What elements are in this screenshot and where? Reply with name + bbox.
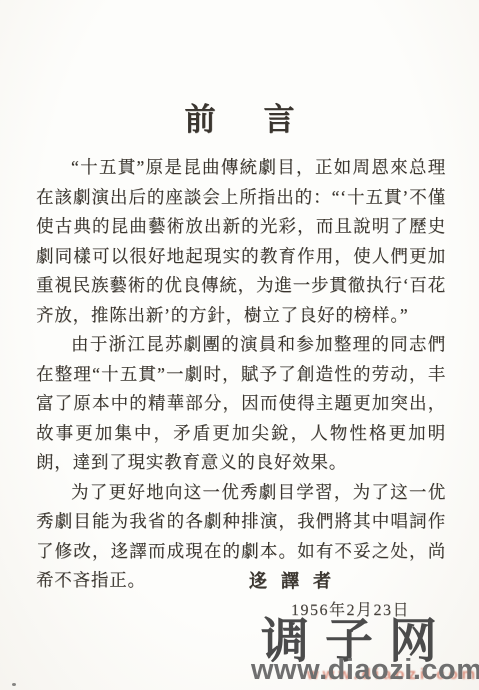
page-title: 前言 xyxy=(0,94,479,139)
signature-translator: 迻譯者 xyxy=(249,567,345,593)
document-body: “十五貫”原是昆曲傳統劇目，正如周恩來总理在該劇演出后的座談会上所指出的：“‘十… xyxy=(36,153,446,596)
scan-speck xyxy=(12,683,16,686)
paragraph-2: 由于浙江昆苏劇團的演員和参加整理的同志們在整理“十五貫”一劇时，賦予了創造性的劳… xyxy=(36,330,446,478)
site-watermark: 调子网 www.diaozi.com www.diaozi.com xyxy=(249,610,479,690)
paragraph-3: 为了更好地向这一优秀劇目学習，为了这一优秀劇目能为我省的各劇种排演，我們將其中唱… xyxy=(36,478,446,596)
watermark-red-ghost-text: www.diaozi.com xyxy=(307,666,479,683)
scanned-document-page: 前言 “十五貫”原是昆曲傳統劇目，正如周恩來总理在該劇演出后的座談会上所指出的：… xyxy=(0,0,479,690)
watermark-site-url: www.diaozi.com xyxy=(251,654,479,687)
paragraph-1: “十五貫”原是昆曲傳統劇目，正如周恩來总理在該劇演出后的座談会上所指出的：“‘十… xyxy=(36,153,446,330)
document-date: 1956年2月23日 xyxy=(291,597,410,620)
